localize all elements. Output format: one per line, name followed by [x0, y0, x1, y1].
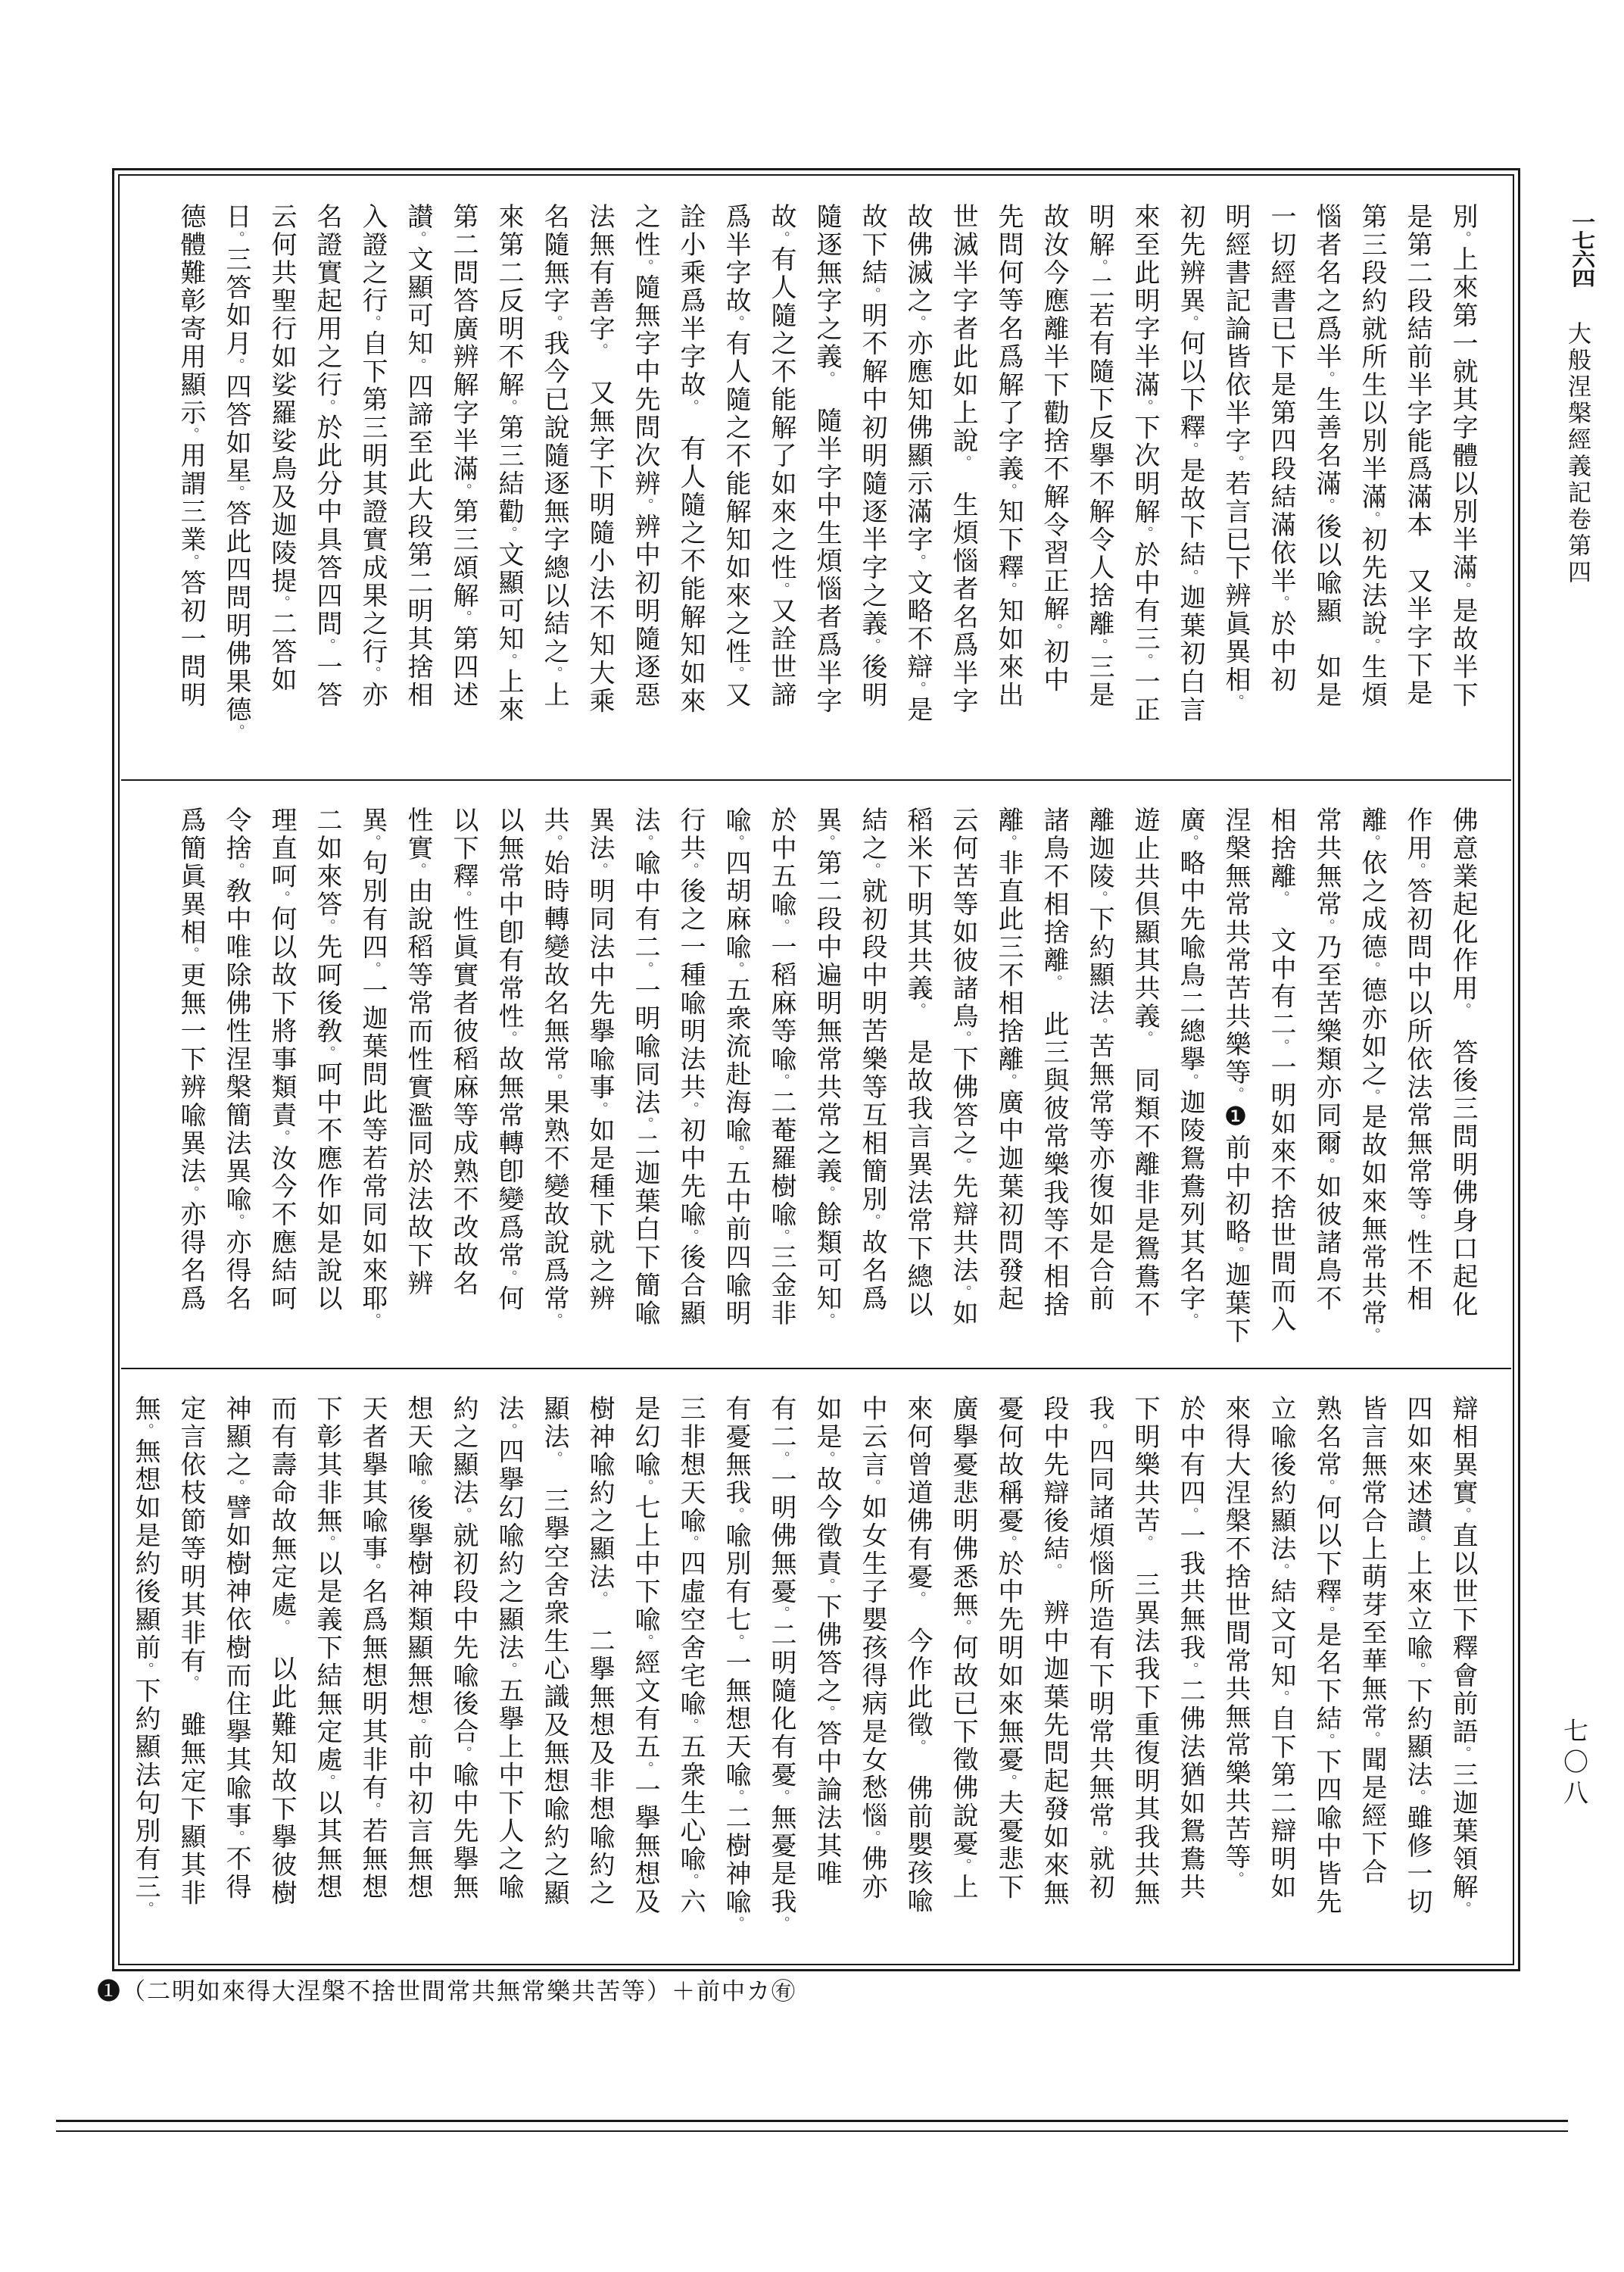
text-column: 佛意業起化作用。 答後三問明佛身口起化 — [1440, 807, 1485, 1363]
text-column: 異。句別有四。一迦葉問此等若常同如來耶。 — [350, 807, 395, 1363]
text-column: 令捨。敎中唯除佛性涅槃簡法異喩。亦得名 — [214, 807, 259, 1363]
text-column: 二如來答。先呵後敎。呵中不應作如是說以 — [304, 807, 350, 1363]
text-column: 遊止共倶顯其共義。 同類不離非是鴛鴦不 — [1122, 807, 1167, 1363]
text-column: 想天喩。後擧樹神類顯無想。前中初言無想 — [395, 1395, 441, 1958]
text-column: 異。第二段中遍明無常共常之義。餘類可知。 — [804, 807, 849, 1363]
text-column: 來至此明字半滿。下次明解。於中有三。一正 — [1122, 203, 1167, 775]
text-column: 結之。就初段中明苦樂等互相簡別。故名爲 — [849, 807, 895, 1363]
text-column: 有二。一明佛無憂。二明隨化有憂。無憂是我。 — [759, 1395, 804, 1958]
text-column: 共。始時轉變故名無常。果熟不變故說爲常。 — [531, 807, 577, 1363]
text-column: 皆言無常合上萌芽至華無常。聞是經下合 — [1349, 1395, 1395, 1958]
text-column: 明經書記論皆依半字。若言已下辨眞異相。 — [1213, 203, 1258, 775]
text-column: 故佛滅之。亦應知佛顯示滿字。文略不辯。是 — [895, 203, 940, 775]
text-column: 惱者名之爲半。生善名滿。後以喩顯 如是 — [1304, 203, 1349, 775]
collation-footnote: ❶（二明如來得大涅槃不捨世間常共無常樂共苦等）＋前中カ㊒ — [97, 1972, 1460, 2006]
text-column: 廣。略中先喩鳥二總擧。迦陵鴛鴦列其名字。 — [1167, 807, 1213, 1363]
text-column: 離。非直此三不相捨離。廣中迦葉初問發起 — [986, 807, 1031, 1363]
text-column: 段中先辯後結。 辨中迦葉先問起發如來無 — [1031, 1395, 1077, 1958]
text-column: 異法。明同法中先擧喩事。如是種下就之辨 — [577, 807, 622, 1363]
text-column: 顯法。 三擧空舍衆生心識及無想喩約之顯 — [531, 1395, 577, 1958]
text-column: 離。依之成德。德亦如之。是故如來無常共常。 — [1349, 807, 1395, 1363]
text-column: 法無有善字。 又無字下明隨小法不知大乘 — [577, 203, 622, 775]
text-column: 樹神喩約之顯法。 二擧無想及非想喩約之 — [577, 1395, 622, 1958]
text-column: 中云言。如女生子嬰孩得病是女愁惱。佛亦 — [849, 1395, 895, 1958]
text-band-bottom: 辯相異實。直以世下釋會前語。三迦葉領解。四如來述讃。上來立喩。下約顯法。雖修一切… — [121, 1369, 1511, 1962]
text-column: 涅槃無常共常苦共樂等。❶前中初略。迦葉下 — [1213, 807, 1258, 1363]
text-column: 喩。四胡麻喩。五衆流赴海喩。五中前四喩明 — [713, 807, 759, 1363]
text-column: 來第二反明不解。第三結勸。文顯可知。上來 — [486, 203, 531, 775]
text-column: 於中有四。一我共無我。二佛法猶如鴛鴦共 — [1167, 1395, 1213, 1958]
text-column: 行共。後之一種喩明法共。初中先喩。後合顯 — [668, 807, 713, 1363]
text-column: 爲簡眞異相。更無一下辨喩異法。亦得名爲 — [168, 807, 214, 1363]
text-column: 世滅半字者此如上說。 生煩惱者名爲半字 — [940, 203, 986, 775]
text-column: 故。有人隨之不能解了如來之性。又詮世諦 — [759, 203, 804, 775]
text-bands-container: 別。上來第一就其字體以別半滿。是故半下是第二段結前半字能爲滿本 又半字下是第三段… — [121, 177, 1511, 1962]
text-column: 無。無想如是約後顯前。下約顯法句別有三。 — [123, 1395, 168, 1958]
text-column: 三非想天喩。四虛空舍宅喩。五衆生心喩。六 — [668, 1395, 713, 1958]
text-column: 別。上來第一就其字體以別半滿。是故半下 — [1440, 203, 1485, 775]
text-column: 云何共聖行如娑羅娑鳥及迦陵提。二答如 — [259, 203, 304, 775]
text-column: 立喩後約顯法。結文可知。自下第二辯明如 — [1258, 1395, 1304, 1958]
text-column: 諸鳥不相捨離。 此三與彼常樂我等不相捨 — [1031, 807, 1077, 1363]
text-box-border: 別。上來第一就其字體以別半滿。是故半下是第二段結前半字能爲滿本 又半字下是第三段… — [112, 168, 1520, 1971]
footer-rule — [56, 2120, 1568, 2132]
text-column: 隨逐無字之義。 隨半字中生煩惱者爲半字 — [804, 203, 849, 775]
margin-folio-number: 一七六四 — [1554, 212, 1607, 287]
text-column: 以下釋。性眞實者彼稻麻等成熟不改故名 — [441, 807, 486, 1363]
text-column: 而有壽命故無定處。 以此難知故下擧彼樹 — [259, 1395, 304, 1958]
text-column: 有憂無我。喩別有七。一無想天喩。二樹神喩。 — [713, 1395, 759, 1958]
text-column: 憂何故稱憂。於中先明如來無憂。夫憂悲下 — [986, 1395, 1031, 1958]
text-column: 詮小乘爲半字故。 有人隨之不能解知如來 — [668, 203, 713, 775]
text-column: 我。四同諸煩惱所造有下明常共無常。就初 — [1077, 1395, 1122, 1958]
text-column: 名隨無字。我今已說隨逐無字總以結之。上 — [531, 203, 577, 775]
text-column: 廣擧憂悲明佛悉無。何故已下徵佛說憂。上 — [940, 1395, 986, 1958]
text-column: 德體難彰寄用顯示。用謂三業。答初一問明 — [168, 203, 214, 775]
text-column: 定言依枝節等明其非有。 雖無定下顯其非 — [168, 1395, 214, 1958]
text-column: 入證之行。自下第三明其證實成果之行。亦 — [350, 203, 395, 775]
text-column: 初先辨異。何以下釋。是故下結。迦葉初白言 — [1167, 203, 1213, 775]
text-column: 離迦陵。下約顯法。苦無常等亦復如是合前 — [1077, 807, 1122, 1363]
text-column: 明解。二若有隨下反擧不解令人捨離。三是 — [1077, 203, 1122, 775]
text-column: 法。四擧幻喩約之顯法。五擧上中下人之喩 — [486, 1395, 531, 1958]
text-column: 約之顯法。就初段中先喩後合。喩中先擧無 — [441, 1395, 486, 1958]
text-column: 來何曾道佛有憂。 今作此徵。 佛前嬰孩喩 — [895, 1395, 940, 1958]
text-column: 爲半字故。有人隨之不能解知如來之性。又 — [713, 203, 759, 775]
text-column: 故汝今應離半下勸捨不解令習正解。初中 — [1031, 203, 1077, 775]
text-column: 常共無常。乃至苦樂類亦同爾。如彼諸鳥不 — [1304, 807, 1349, 1363]
text-column: 日。三答如月。四答如星。答此四問明佛果德。 — [214, 203, 259, 775]
text-column: 於中五喩。一稻麻等喩。二菴羅樹喩。三金非 — [759, 807, 804, 1363]
text-column: 來得大涅槃不捨世間常共無常樂共苦等。 — [1213, 1395, 1258, 1958]
text-column: 性實。由說稻等常而性實濫同於法故下辨 — [395, 807, 441, 1363]
text-column: 熟名常。何以下釋。是名下結。下四喩中皆先 — [1304, 1395, 1349, 1958]
text-band-top: 別。上來第一就其字體以別半滿。是故半下是第二段結前半字能爲滿本 又半字下是第三段… — [121, 177, 1511, 781]
text-column: 名證實起用之行。於此分中具答四問。一答 — [304, 203, 350, 775]
text-column: 下明樂共苦。 三異法我下重復明其我共無 — [1122, 1395, 1167, 1958]
text-column: 讃。文顯可知。四諦至此大段第二明其捨相 — [395, 203, 441, 775]
text-column: 稻米下明其共義。 是故我言異法常下總以 — [895, 807, 940, 1363]
margin-page-number: 七〇八 — [1555, 1718, 1593, 1811]
scanned-page: 別。上來第一就其字體以別半滿。是故半下是第二段結前半字能爲滿本 又半字下是第三段… — [0, 0, 1624, 2272]
text-band-middle: 佛意業起化作用。 答後三問明佛身口起化作用。答初問中以所依法常無常等。性不相離。… — [121, 781, 1511, 1369]
text-column: 第三段約就所生以別半滿。初先法說。生煩 — [1349, 203, 1395, 775]
text-column: 一切經書已下是第四段結滿依半。於中初 — [1258, 203, 1304, 775]
text-column: 是第二段結前半字能爲滿本 又半字下是 — [1395, 203, 1440, 775]
text-column: 第二問答廣辨解字半滿。第三頌解。第四述 — [441, 203, 486, 775]
text-column: 天者擧其喩事。名爲無想明其非有。若無想 — [350, 1395, 395, 1958]
text-column: 神顯之。譬如樹神依樹而住擧其喩事。不得 — [214, 1395, 259, 1958]
text-column: 故下結。明不解中初明隨逐半字之義。後明 — [849, 203, 895, 775]
text-column: 理直呵。何以故下將事類責。汝今不應結呵 — [259, 807, 304, 1363]
text-column: 是幻喩。七上中下喩。經文有五。一擧無想及 — [622, 1395, 668, 1958]
text-column: 以無常中卽有常性。故無常轉卽變爲常。何 — [486, 807, 531, 1363]
text-column: 法。喩中有二。一明喩同法。二迦葉白下簡喩 — [622, 807, 668, 1363]
margin-volume-title: 大般涅槃經義記卷第四 — [1560, 321, 1594, 586]
text-column: 之性。隨無字中先問次辨。辨中初明隨逐惡 — [622, 203, 668, 775]
text-column: 相捨離。 文中有二。一明如來不捨世間而入 — [1258, 807, 1304, 1363]
text-column: 作用。答初問中以所依法常無常等。性不相 — [1395, 807, 1440, 1363]
text-column: 云何苦等如彼諸鳥。下佛答之。先辯共法。如 — [940, 807, 986, 1363]
text-column: 先問何等名爲解了字義。知下釋。知如來出 — [986, 203, 1031, 775]
text-column: 下彰其非無。以是義下結無定處。以其無想 — [304, 1395, 350, 1958]
text-column: 四如來述讃。上來立喩。下約顯法。雖修一切 — [1395, 1395, 1440, 1958]
text-column: 辯相異實。直以世下釋會前語。三迦葉領解。 — [1440, 1395, 1485, 1958]
text-column: 如是。故今徵責。下佛答之。答中論法其唯 — [804, 1395, 849, 1958]
